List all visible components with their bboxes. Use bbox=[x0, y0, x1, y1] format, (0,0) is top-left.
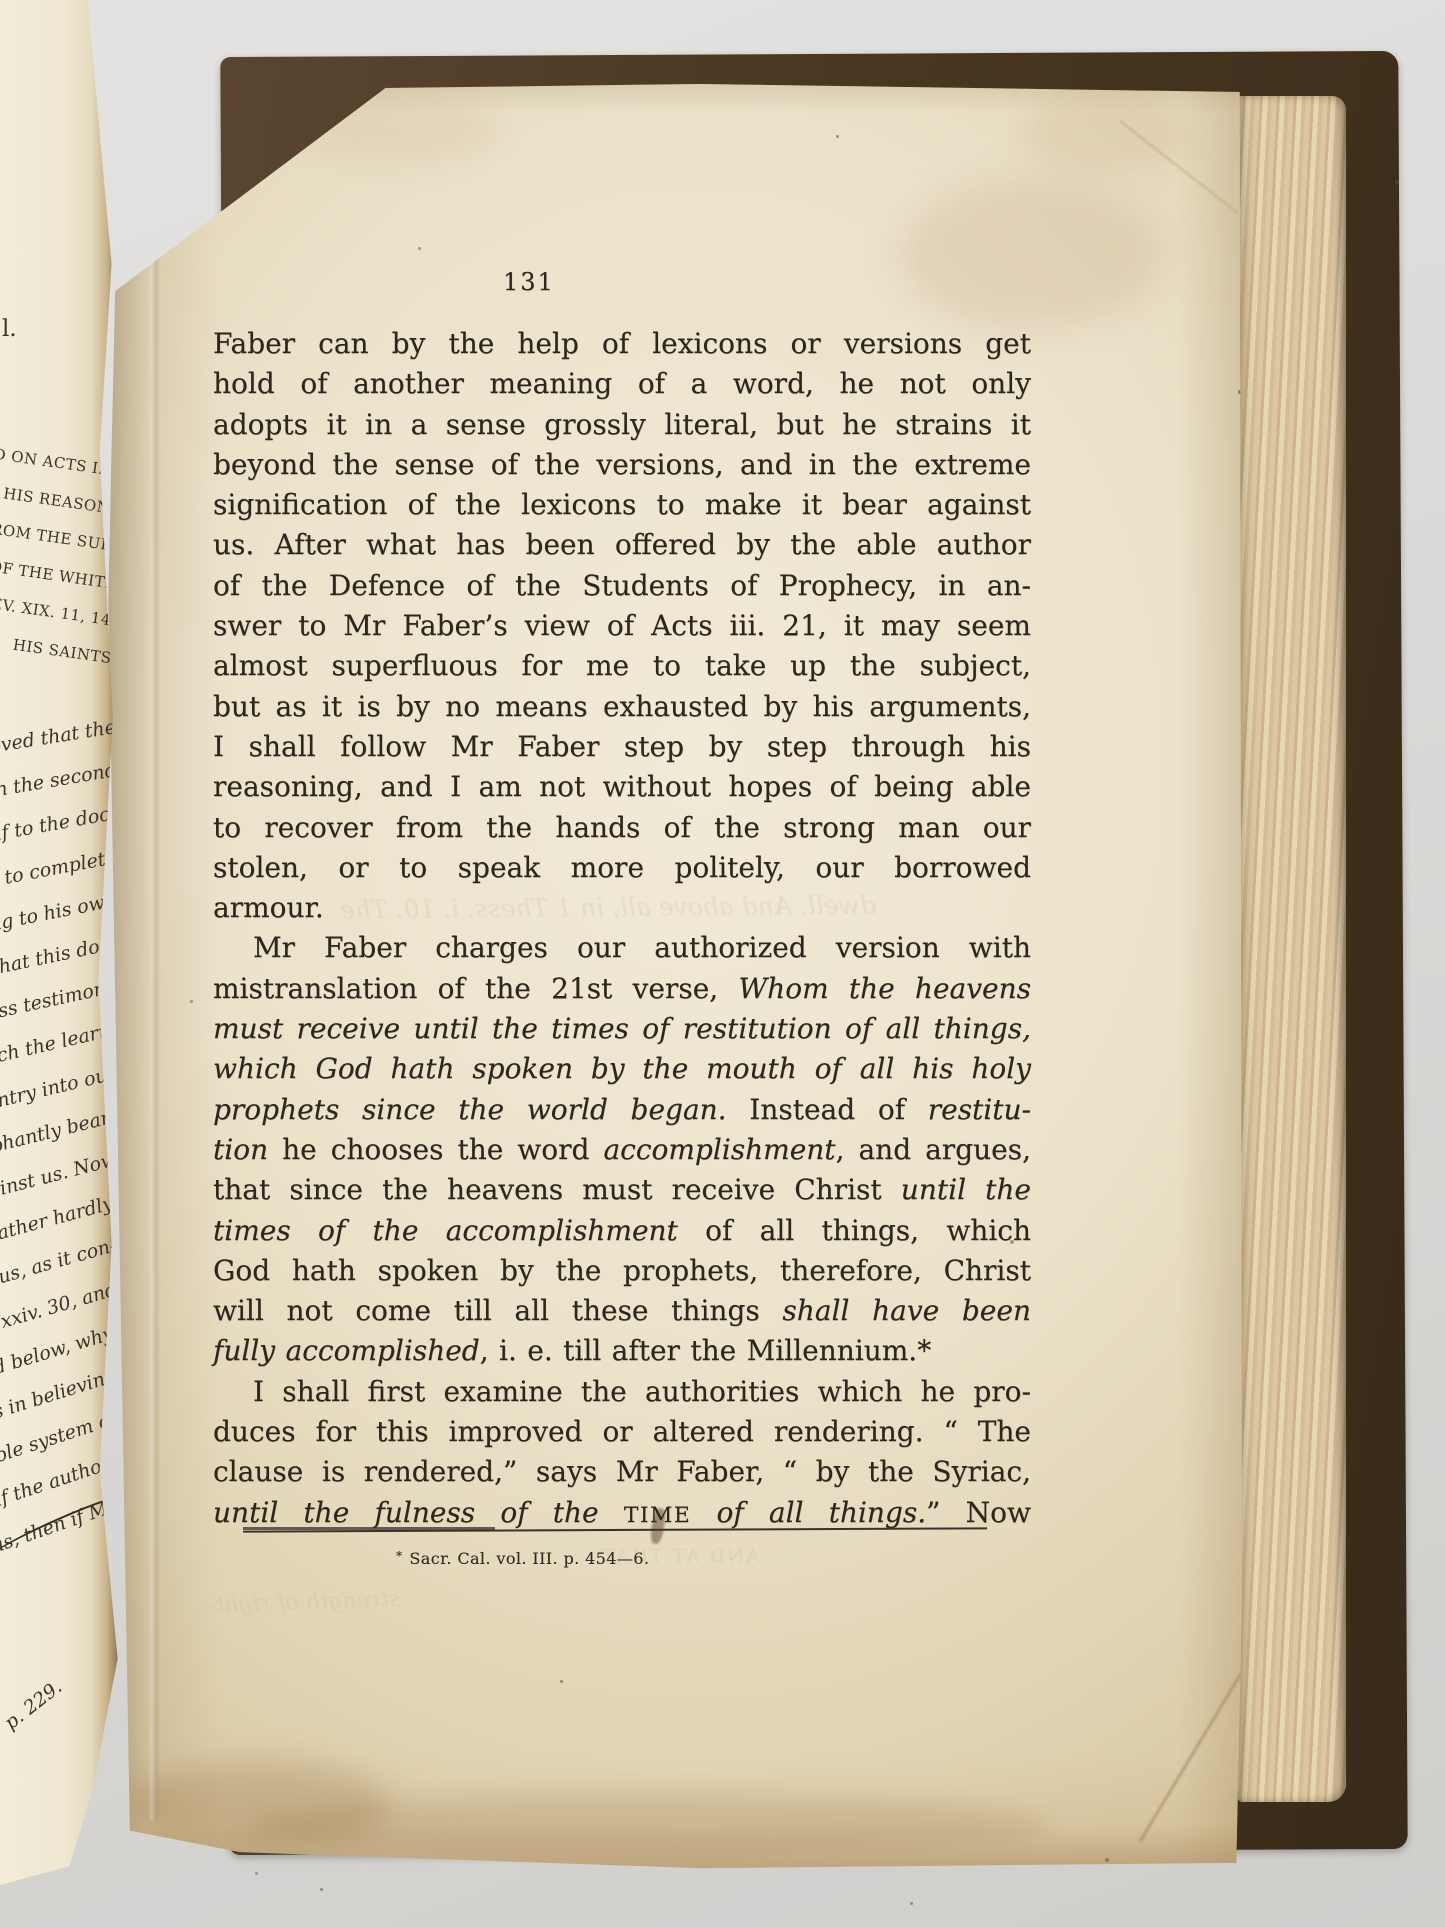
text-line: clause is rendered,” says Mr Faber, “ by… bbox=[213, 1452, 1031, 1492]
text-segment: prophets since the world began. bbox=[213, 1093, 727, 1126]
text-segment: , and argues, bbox=[836, 1133, 1031, 1166]
dust-speck bbox=[320, 1888, 323, 1891]
text-line: swer to Mr Faber’s view of Acts iii. 21,… bbox=[213, 606, 1031, 646]
stain bbox=[130, 1760, 390, 1850]
text-segment: adopts it in a sense grossly literal, bu… bbox=[213, 408, 1031, 441]
text-line: God hath spoken by the prophets, therefo… bbox=[213, 1251, 1031, 1291]
text-line: which God hath spoken by the mouth of al… bbox=[213, 1049, 1031, 1089]
text-segment: until the bbox=[901, 1173, 1031, 1206]
text-segment: signification of the lexicons to make it… bbox=[213, 488, 1031, 521]
text-line: that since the heavens must receive Chri… bbox=[213, 1170, 1031, 1210]
text-line: must receive until the times of restitut… bbox=[213, 1009, 1031, 1049]
paragraph: Faber can by the help of lexicons or ver… bbox=[213, 324, 1031, 928]
stain bbox=[1020, 94, 1190, 174]
stain bbox=[900, 180, 1160, 330]
dust-speck bbox=[255, 1872, 258, 1875]
text-segment: Mr Faber charges our authorized version … bbox=[253, 931, 1031, 964]
text-segment: of all things. bbox=[691, 1496, 926, 1529]
text-segment: clause is rendered,” says Mr Faber, “ by… bbox=[213, 1455, 1031, 1488]
text-segment: beyond the sense of the versions, and in… bbox=[213, 448, 1031, 481]
ink-speck bbox=[418, 247, 421, 250]
text-segment: reasoning, and I am not without hopes of… bbox=[213, 770, 1031, 803]
text-segment: of all things, which bbox=[678, 1214, 1031, 1247]
text-segment: stolen, or to speak more politely, our b… bbox=[213, 851, 1031, 884]
text-segment: God hath spoken by the prophets, therefo… bbox=[213, 1254, 1031, 1287]
text-segment: I shall follow Mr Faber step by step thr… bbox=[213, 730, 1031, 763]
left-page-fragment: nner, that this doc- bbox=[0, 932, 118, 991]
text-line: beyond the sense of the versions, and in… bbox=[213, 445, 1031, 485]
left-page-fragment: HIS SAINTS. bbox=[12, 635, 118, 667]
text-segment: to recover from the hands of the strong … bbox=[213, 811, 1031, 844]
text-segment: Faber can by the help of lexicons or ver… bbox=[213, 327, 1031, 360]
left-page-fragment: VENT FROM THE SUP- bbox=[0, 511, 117, 555]
left-page-fragment: p. 229. bbox=[0, 1676, 66, 1734]
text-segment: hold of another meaning of a word, he no… bbox=[213, 367, 1031, 400]
left-page-fragment: IN REV. XIX. 11, 14, bbox=[0, 589, 117, 630]
text-segment: which God hath spoken by the mouth of al… bbox=[213, 1052, 1031, 1085]
text-line: us. After what has been offered by the a… bbox=[213, 525, 1031, 565]
text-segment: us. After what has been offered by the a… bbox=[213, 528, 1031, 561]
text-segment: TIME bbox=[624, 1503, 691, 1528]
ink-speck bbox=[560, 1680, 563, 1683]
page-fore-edge bbox=[1238, 96, 1346, 1802]
text-segment: that since the heavens must receive Chri… bbox=[213, 1173, 901, 1206]
left-page-fragment: D, AND HIS REASON- bbox=[0, 475, 117, 518]
photo-background: 131 Faber can by the help of lexicons or… bbox=[0, 0, 1445, 1927]
text-line: mistranslation of the 21st verse, Whom t… bbox=[213, 969, 1031, 1009]
text-segment: I shall first examine the authorities wh… bbox=[253, 1375, 1031, 1408]
text-segment: Whom the heavens bbox=[738, 972, 1031, 1005]
dust-speck bbox=[910, 1902, 913, 1905]
left-page-edge: l. p. 229. OUNDED ON ACTS III.D, AND HIS… bbox=[0, 0, 120, 1885]
text-line: almost superfluous for me to take up the… bbox=[213, 646, 1031, 686]
text-line: Mr Faber charges our authorized version … bbox=[213, 928, 1031, 968]
page-crease bbox=[150, 90, 158, 1820]
text-segment: mistranslation of the 21st verse, bbox=[213, 972, 738, 1005]
text-segment: must receive until the times of restitut… bbox=[213, 1012, 1031, 1045]
text-segment: , i. e. till after the Millennium.* bbox=[480, 1334, 931, 1367]
left-page-fragment: TION OF THE WHITE bbox=[0, 550, 117, 592]
text-line: fully accomplished, i. e. till after the… bbox=[213, 1331, 1031, 1371]
text-line: I shall first examine the authorities wh… bbox=[213, 1372, 1031, 1412]
text-segment: accomplishment bbox=[603, 1133, 835, 1166]
text-line: to recover from the hands of the strong … bbox=[213, 808, 1031, 848]
text-line: stolen, or to speak more politely, our b… bbox=[213, 848, 1031, 888]
left-page-fragment: l. bbox=[2, 316, 17, 342]
text-segment: he chooses the word bbox=[268, 1133, 603, 1166]
show-through-text: strength of right- bbox=[208, 1587, 401, 1619]
stain bbox=[250, 1795, 1050, 1855]
footnote-marker: * bbox=[396, 1549, 402, 1563]
text-segment: duces for this improved or altered rende… bbox=[213, 1415, 1031, 1448]
page-crease bbox=[1119, 120, 1238, 214]
text-segment: but as it is by no means exhausted by hi… bbox=[213, 690, 1031, 723]
text-segment: armour. bbox=[213, 891, 324, 924]
paragraph: I shall first examine the authorities wh… bbox=[213, 1372, 1031, 1533]
text-line: of the Defence of the Students of Prophe… bbox=[213, 566, 1031, 606]
text-segment: ” Now bbox=[926, 1496, 1031, 1529]
text-block: Faber can by the help of lexicons or ver… bbox=[213, 324, 1031, 1533]
ink-speck bbox=[836, 135, 839, 138]
text-line: signification of the lexicons to make it… bbox=[213, 485, 1031, 525]
text-segment: of the Defence of the Students of Prophe… bbox=[213, 569, 1031, 602]
text-segment: fully accomplished bbox=[213, 1334, 480, 1367]
text-line: hold of another meaning of a word, he no… bbox=[213, 364, 1031, 404]
text-line: but as it is by no means exhausted by hi… bbox=[213, 687, 1031, 727]
ink-speck bbox=[190, 1000, 193, 1003]
text-segment: times of the accomplishment bbox=[213, 1214, 678, 1247]
main-page: 131 Faber can by the help of lexicons or… bbox=[106, 80, 1242, 1870]
page-number: 131 bbox=[503, 268, 555, 296]
text-line: adopts it in a sense grossly literal, bu… bbox=[213, 405, 1031, 445]
text-line: tion he chooses the word accomplishment,… bbox=[213, 1130, 1031, 1170]
text-line: prophets since the world began. Instead … bbox=[213, 1090, 1031, 1130]
text-segment: until the fulness of the bbox=[213, 1496, 624, 1529]
show-through-text: dwell. And above all, in 1 Thess. i. 10.… bbox=[340, 891, 876, 925]
text-segment: swer to Mr Faber’s view of Acts iii. 21,… bbox=[213, 609, 1031, 642]
paragraph: Mr Faber charges our authorized version … bbox=[213, 928, 1031, 1371]
text-segment: shall have been bbox=[782, 1294, 1031, 1327]
text-line: times of the accomplishment of all thing… bbox=[213, 1211, 1031, 1251]
text-segment: tion bbox=[213, 1133, 268, 1166]
text-segment: will not come till all these things bbox=[213, 1294, 782, 1327]
text-segment: restitu- bbox=[928, 1093, 1031, 1126]
show-through-text: AND AT THAT bbox=[600, 1545, 760, 1567]
text-segment: almost superfluous for me to take up the… bbox=[213, 649, 1031, 682]
text-segment: Instead of bbox=[727, 1093, 928, 1126]
text-line: Faber can by the help of lexicons or ver… bbox=[213, 324, 1031, 364]
text-line: duces for this improved or altered rende… bbox=[213, 1412, 1031, 1452]
left-page-fragment: OUNDED ON ACTS III. bbox=[0, 436, 117, 480]
text-line: reasoning, and I am not without hopes of… bbox=[213, 767, 1031, 807]
text-line: I shall follow Mr Faber step by step thr… bbox=[213, 727, 1031, 767]
left-page-fragment: ses, proved that the bbox=[0, 716, 118, 768]
text-line: will not come till all these things shal… bbox=[213, 1291, 1031, 1331]
